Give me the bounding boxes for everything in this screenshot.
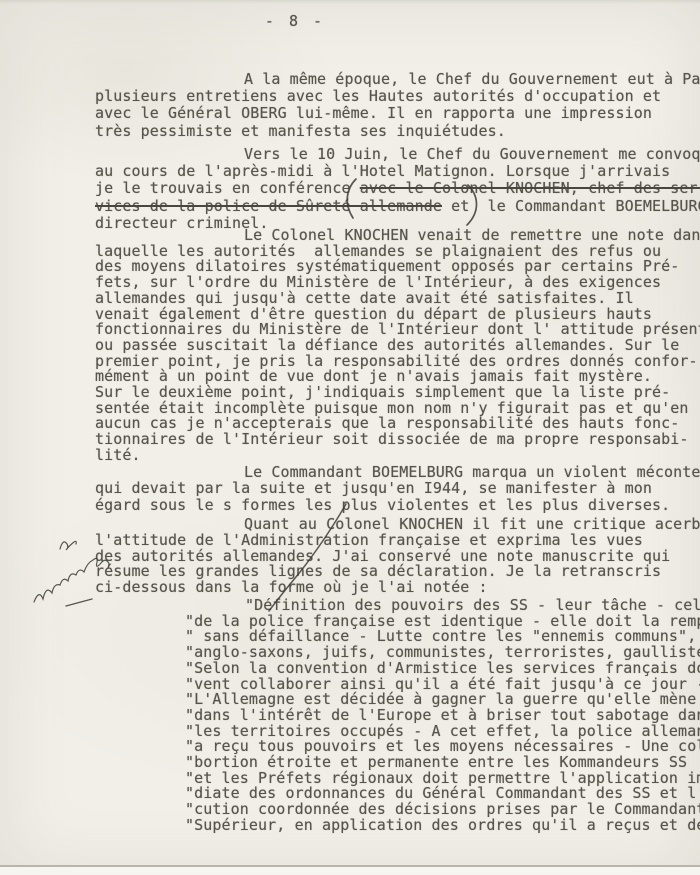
text-line: vices de la police de Sûreté allemande e… — [95, 198, 700, 215]
text-line: très pessimiste et manifesta ses inquiét… — [95, 123, 700, 140]
text-line: ci-dessous dans la forme où je l'ai noté… — [95, 580, 700, 596]
text-line: au cours de l'après-midi à l'Hotel Matig… — [95, 163, 700, 180]
text-segment: le Commandant BOEMELBURG — [488, 197, 700, 215]
text-line: qui devait par la suite et jusqu'en I944… — [95, 480, 700, 496]
text-line: avec le Général OBERG lui-même. Il en ra… — [95, 105, 700, 122]
paragraph-2: Vers le 10 Juin, le Chef du Gouvernement… — [95, 146, 700, 232]
text-line: tionnaires de l'Intérieur soit dissociée… — [95, 432, 700, 448]
text-line: lité. — [95, 448, 700, 464]
quoted-note-block: "Définition des pouvoirs des SS - leur t… — [185, 598, 700, 834]
text-line: je le trouvais en conférence avec le Col… — [95, 180, 700, 197]
paragraph-1: A la même époque, le Chef du Gouvernemen… — [95, 71, 700, 140]
document-page: - 8 - A la même époque, le Chef du Gouve… — [0, 0, 700, 875]
text-line: Le Commandant BOEMELBURG marqua un viole… — [95, 464, 700, 480]
paragraph-3: Le Colonel KNOCHEN venait de remettre un… — [95, 228, 700, 464]
text-line: A la même époque, le Chef du Gouvernemen… — [95, 71, 700, 88]
text-line: Vers le 10 Juin, le Chef du Gouvernement… — [95, 146, 700, 163]
text-line: plusieurs entretiens avec les Hautes aut… — [95, 88, 700, 105]
text-segment: je le trouvais en conférence — [95, 179, 360, 197]
text-line: égard sous le s formes les plus violente… — [95, 497, 700, 513]
text-segment: et — [442, 197, 488, 215]
handwritten-margin-dash — [66, 599, 92, 606]
page-number: - 8 - — [248, 12, 342, 30]
struck-text: vices de la police de Sûreté allemande — [95, 197, 442, 215]
paragraph-4: Le Commandant BOEMELBURG marqua un viole… — [95, 464, 700, 513]
handwritten-margin-note-word1 — [60, 541, 76, 550]
paragraph-5: Quant au Colonel KNOCHEN il fit une crit… — [95, 517, 700, 596]
text-line: "Supérieur, en application des ordres qu… — [185, 818, 700, 834]
scanner-background — [0, 867, 700, 875]
struck-text: avec le Colonel KNOCHEN, chef des ser- — [360, 179, 700, 197]
